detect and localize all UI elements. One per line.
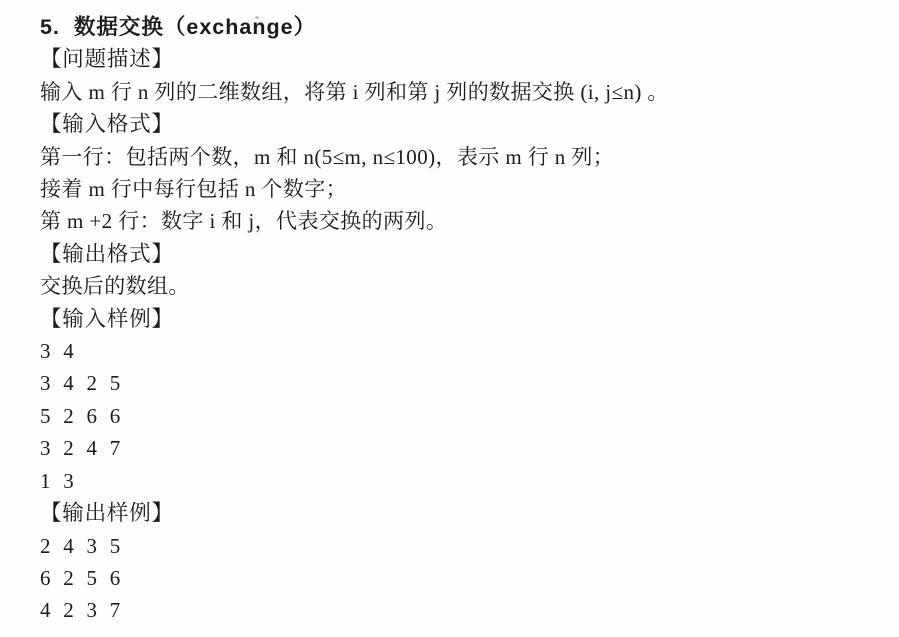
input-format-line-1: 第一行：包括两个数，m 和 n(5≤m, n≤100)，表示 m 行 n 列； bbox=[40, 141, 879, 173]
output-sample-line: 6 2 5 6 bbox=[40, 562, 879, 594]
section-header-input-sample: 【输入样例】 bbox=[40, 303, 879, 335]
section-header-problem-description: 【问题描述】 bbox=[40, 43, 879, 75]
input-sample-line: 3 2 4 7 bbox=[40, 432, 879, 464]
output-sample-line: 4 2 3 7 bbox=[40, 594, 879, 626]
input-format-line-3: 第 m +2 行：数字 i 和 j，代表交换的两列。 bbox=[40, 205, 879, 237]
scan-speck-artifact bbox=[255, 16, 259, 19]
input-sample-line: 3 4 bbox=[40, 335, 879, 367]
section-header-input-format: 【输入格式】 bbox=[40, 108, 879, 140]
input-sample-line: 5 2 6 6 bbox=[40, 400, 879, 432]
input-format-line-2: 接着 m 行中每行包括 n 个数字； bbox=[40, 173, 879, 205]
section-header-output-sample: 【输出样例】 bbox=[40, 497, 879, 529]
output-sample-line: 2 4 3 5 bbox=[40, 530, 879, 562]
output-format-text: 交换后的数组。 bbox=[40, 270, 879, 302]
section-header-output-format: 【输出格式】 bbox=[40, 238, 879, 270]
problem-description-text: 输入 m 行 n 列的二维数组，将第 i 列和第 j 列的数据交换 (i, j≤… bbox=[40, 76, 879, 108]
problem-title: 5. 数据交换（exchange） bbox=[40, 11, 879, 43]
input-sample-line: 3 4 2 5 bbox=[40, 367, 879, 399]
input-sample-line: 1 3 bbox=[40, 465, 879, 497]
document-page: 5. 数据交换（exchange） 【问题描述】 输入 m 行 n 列的二维数组… bbox=[0, 0, 899, 637]
